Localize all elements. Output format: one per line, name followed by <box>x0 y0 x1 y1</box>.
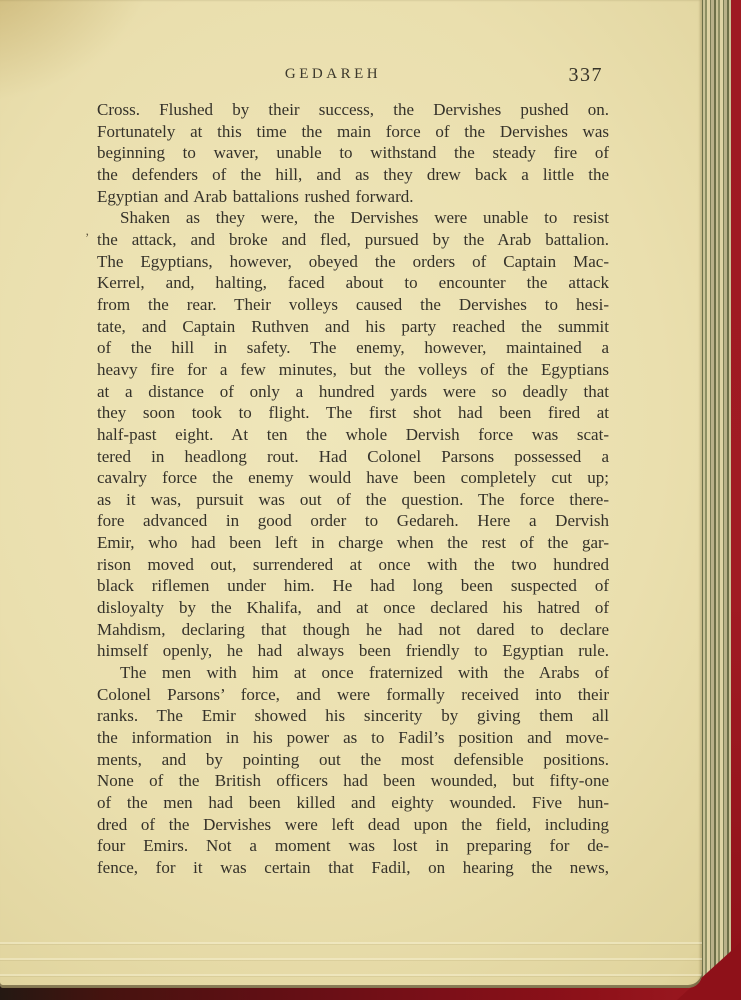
text-line: half-past eight. At ten the whole Dervis… <box>97 424 609 446</box>
text-line: four Emirs. Not a moment was lost in pre… <box>97 835 609 857</box>
text-line: the information in his power as to Fadil… <box>97 727 609 749</box>
text-line: dred of the Dervishes were left dead upo… <box>97 814 609 836</box>
text-line: of the men had been killed and eighty wo… <box>97 792 609 814</box>
text-line: None of the British officers had been wo… <box>97 770 609 792</box>
text-line: rison moved out, surrendered at once wit… <box>97 554 609 576</box>
text-line: disloyalty by the Khalifa, and at once d… <box>97 597 609 619</box>
text-line: heavy fire for a few minutes, but the vo… <box>97 359 609 381</box>
text-line: black riflemen under him. He had long be… <box>97 575 609 597</box>
text-line: Egyptian and Arab battalions rushed forw… <box>97 186 609 208</box>
section-title: GEDAREH <box>97 66 569 83</box>
text-line: tered in headlong rout. Had Colonel Pars… <box>97 446 609 468</box>
text-line: himself openly, he had always been frien… <box>97 640 609 662</box>
text-line: tate, and Captain Ruthven and his party … <box>97 316 609 338</box>
text-line: the attack, and broke and fled, pursued … <box>97 229 609 251</box>
book-page: GEDAREH 337 ’ Cross. Flushed by their su… <box>0 0 702 988</box>
text-line: fore advanced in good order to Gedareh. … <box>97 510 609 532</box>
text-line: as it was, pursuit was out of the questi… <box>97 489 609 511</box>
book-scan-scene: GEDAREH 337 ’ Cross. Flushed by their su… <box>0 0 741 1000</box>
text-line: from the rear. Their volleys caused the … <box>97 294 609 316</box>
print-artifact-mark: ’ <box>85 230 89 246</box>
text-line: at a distance of only a hundred yards we… <box>97 381 609 403</box>
text-line: they soon took to flight. The first shot… <box>97 402 609 424</box>
text-line: Mahdism, declaring that though he had no… <box>97 619 609 641</box>
text-line: beginning to waver, unable to withstand … <box>97 142 609 164</box>
text-line: Shaken as they were, the Dervishes were … <box>97 207 609 229</box>
text-line: Fortunately at this time the main force … <box>97 121 609 143</box>
text-line: cavalry force the enemy would have been … <box>97 467 609 489</box>
text-line: ranks. The Emir showed his sincerity by … <box>97 705 609 727</box>
text-line: fence, for it was certain that Fadil, on… <box>97 857 609 879</box>
text-line: ments, and by pointing out the most defe… <box>97 749 609 771</box>
text-line: Cross. Flushed by their success, the Der… <box>97 99 609 121</box>
text-line: Emir, who had been left in charge when t… <box>97 532 609 554</box>
page-content: GEDAREH 337 ’ Cross. Flushed by their su… <box>97 0 609 988</box>
running-head: GEDAREH 337 <box>97 64 609 88</box>
page-number: 337 <box>569 64 604 87</box>
text-line: Colonel Parsons’ force, and were formall… <box>97 684 609 706</box>
text-line: The Egyptians, however, obeyed the order… <box>97 251 609 273</box>
text-block: Cross. Flushed by their success, the Der… <box>97 99 609 879</box>
text-line: of the hill in safety. The enemy, howeve… <box>97 337 609 359</box>
stacked-page-edges <box>700 0 731 990</box>
text-line: The men with him at once fraternized wit… <box>97 662 609 684</box>
text-line: the defenders of the hill, and as they d… <box>97 164 609 186</box>
text-line: Kerrel, and, halting, faced about to enc… <box>97 272 609 294</box>
